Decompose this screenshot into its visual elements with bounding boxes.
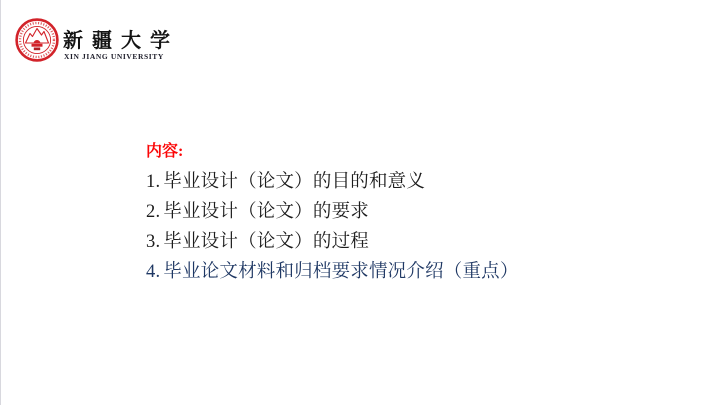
item-text: 毕业设计（论文）的要求 (163, 202, 369, 222)
item-text: 毕业论文材料和归档要求情况介绍（重点） (163, 262, 518, 282)
list-item: 3.毕业设计（论文）的过程 (146, 227, 519, 257)
content-block: 内容: 1.毕业设计（论文）的目的和意义 2.毕业设计（论文）的要求 3.毕业设… (146, 142, 519, 287)
university-seal-icon (15, 18, 59, 62)
content-heading: 内容: (146, 142, 519, 162)
item-number: 2. (146, 197, 160, 227)
slide: 新疆大学 XIN JIANG UNIVERSITY 内容: 1.毕业设计（论文）… (0, 0, 723, 405)
item-number: 4. (146, 257, 160, 287)
content-list: 1.毕业设计（论文）的目的和意义 2.毕业设计（论文）的要求 3.毕业设计（论文… (146, 167, 519, 287)
item-number: 1. (146, 167, 160, 197)
item-number: 3. (146, 227, 160, 257)
item-text: 毕业设计（论文）的过程 (163, 232, 369, 252)
list-item: 1.毕业设计（论文）的目的和意义 (146, 167, 519, 197)
list-item: 4.毕业论文材料和归档要求情况介绍（重点） (146, 257, 519, 287)
item-text: 毕业设计（论文）的目的和意义 (163, 172, 425, 192)
university-name-zh: 新疆大学 (63, 24, 179, 53)
list-item: 2.毕业设计（论文）的要求 (146, 197, 519, 227)
university-name-en: XIN JIANG UNIVERSITY (64, 52, 164, 61)
